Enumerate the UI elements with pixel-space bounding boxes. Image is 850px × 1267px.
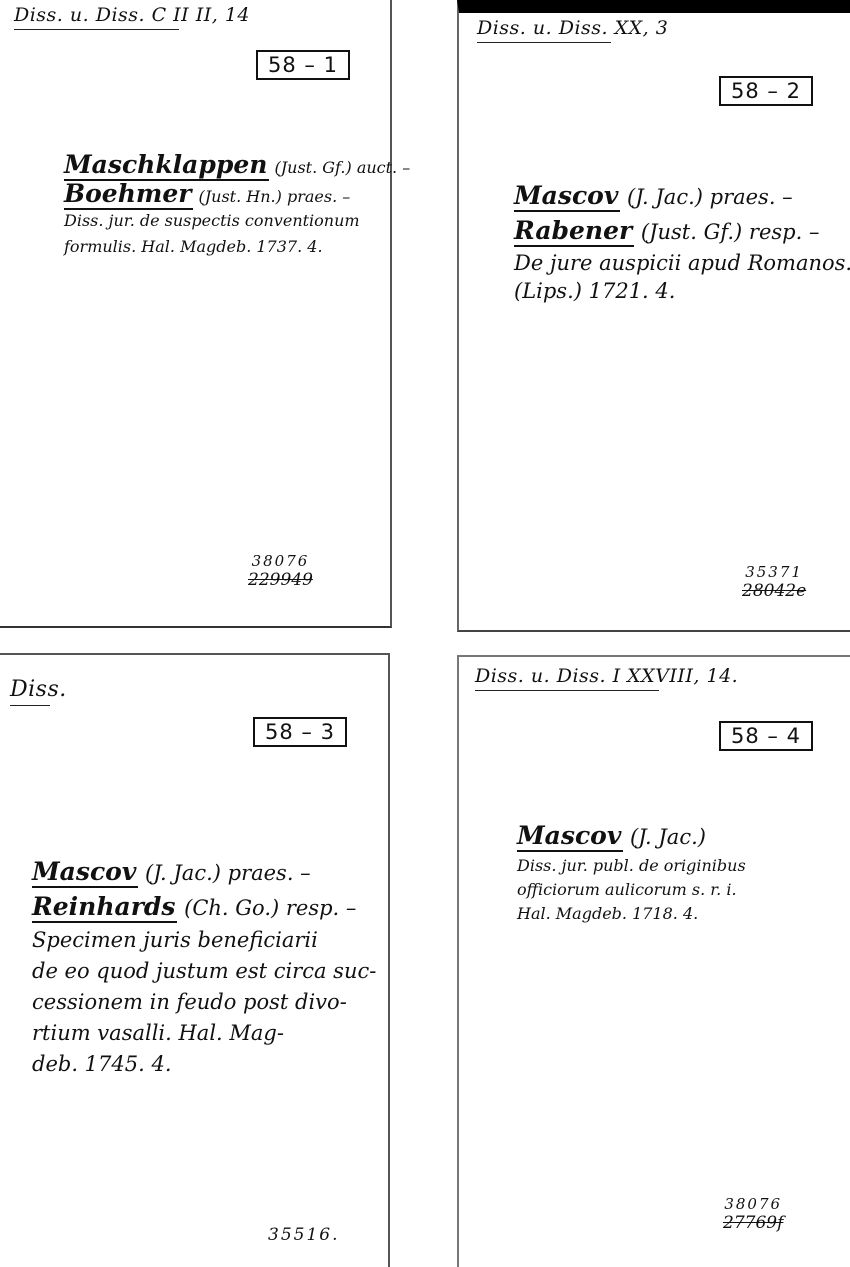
title-line: cessionem in feudo post divo- [32,987,376,1018]
catalog-entry: Maschklappen (Just. Gf.) auct. – Boehmer… [64,150,410,260]
imprint-line: (Lips.) 1721. 4. [514,277,850,305]
call-number-box: 58 – 2 [719,76,813,106]
praeses-line: Boehmer (Just. Hn.) praes. – [64,179,410,208]
title-line: De jure auspicii apud Romanos. [514,249,850,277]
catalog-card-58-3: Diss. 58 – 3 Mascov (J. Jac.) praes. – R… [0,653,390,1267]
accession-old-struck: 229949 [248,570,313,590]
accession-new: 38076 [248,552,313,570]
catalog-card-58-4: Diss. u. Diss. I XXVIII, 14. 58 – 4 Masc… [457,655,850,1267]
imprint-line: deb. 1745. 4. [32,1049,376,1080]
respondent-line: Reinhards (Ch. Go.) resp. – [32,890,376,925]
title-line: Specimen juris beneficiarii [32,925,376,956]
accession-old-struck: 27769f [723,1213,783,1233]
accession-numbers: 38076 229949 [248,552,313,590]
accession-new: 38076 [723,1195,783,1213]
title-line: Diss. jur. publ. de originibus [517,854,746,878]
accession-new: 35516. [268,1225,339,1245]
accession-numbers: 35516. [268,1225,339,1245]
imprint-line: formulis. Hal. Magdeb. 1737. 4. [64,234,410,260]
title-line: rtium vasalli. Hal. Mag- [32,1018,376,1049]
accession-new: 35371 [742,563,806,581]
catalog-card-58-1: Diss. u. Diss. C II II, 14 58 – 1 Maschk… [0,0,392,628]
author-line: Mascov (J. Jac.) [517,819,746,854]
call-number-box: 58 – 4 [719,721,813,751]
catalog-entry: Mascov (J. Jac.) Diss. jur. publ. de ori… [517,819,746,926]
title-line: de eo quod justum est circa suc- [32,956,376,987]
catalog-card-58-2: Diss. u. Diss. XX, 3 58 – 2 Mascov (J. J… [457,0,850,632]
praeses-line: Mascov (J. Jac.) praes. – [32,855,376,890]
catalog-entry: Mascov (J. Jac.) praes. – Reinhards (Ch.… [32,855,376,1080]
accession-numbers: 35371 28042e [742,563,806,601]
shelfmark: Diss. u. Diss. C II II, 14 [14,4,250,26]
imprint-line: Hal. Magdeb. 1718. 4. [517,902,746,926]
catalog-entry: Mascov (J. Jac.) praes. – Rabener (Just.… [514,179,850,305]
shelfmark: Diss. u. Diss. XX, 3 [477,17,668,39]
call-number-box: 58 – 3 [253,717,347,747]
praeses-line: Mascov (J. Jac.) praes. – [514,179,850,214]
title-line: Diss. jur. de suspectis conventionum [64,208,410,234]
author-line: Maschklappen (Just. Gf.) auct. – [64,150,410,179]
title-line: officiorum aulicorum s. r. i. [517,878,746,902]
accession-numbers: 38076 27769f [723,1195,783,1233]
respondent-line: Rabener (Just. Gf.) resp. – [514,214,850,249]
accession-old-struck: 28042e [742,581,806,601]
shelfmark: Diss. u. Diss. I XXVIII, 14. [475,665,738,687]
shelfmark: Diss. [10,677,67,702]
call-number-box: 58 – 1 [256,50,350,80]
